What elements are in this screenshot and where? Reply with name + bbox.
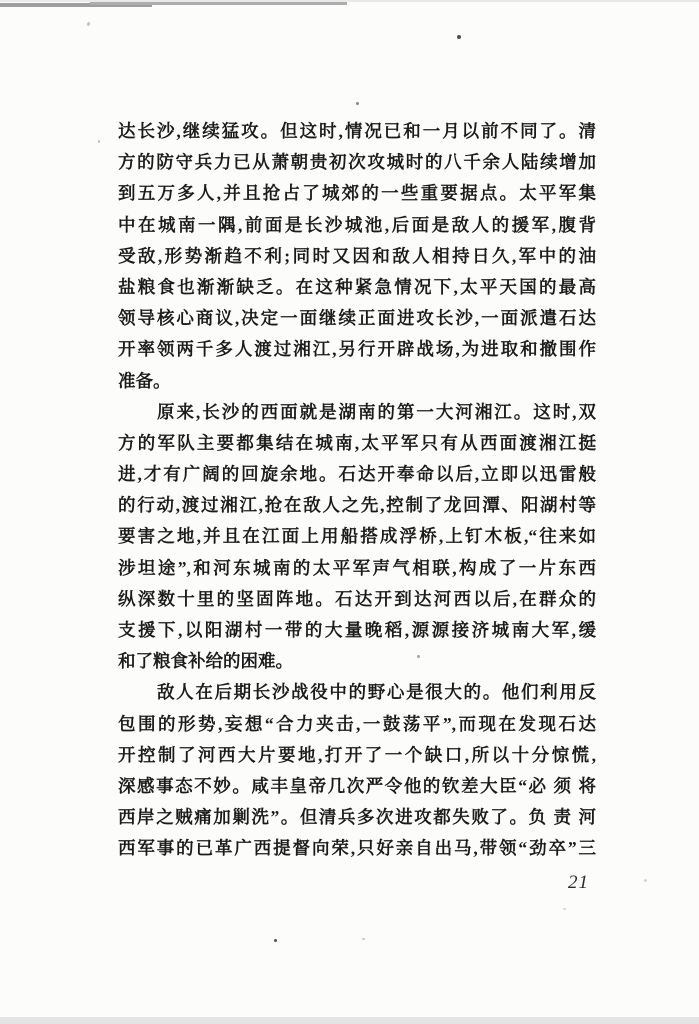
scan-speck bbox=[644, 879, 647, 882]
scan-speck bbox=[457, 35, 461, 39]
text-line: 进,才有广阔的回旋余地。石达开奉命以后,立即以迅雷般 bbox=[118, 459, 596, 490]
page-number: 21 bbox=[568, 872, 602, 894]
scan-speck bbox=[274, 939, 277, 942]
text-line: 西军事的已革广西提督向荣,只好亲自出马,带领“劲卒”三 bbox=[118, 833, 596, 864]
scan-speck bbox=[362, 938, 365, 940]
text-line: 受敌,形势渐趋不利;同时又因和敌人相持日久,军中的油 bbox=[118, 241, 596, 272]
text-line: 深感事态不妙。咸丰皇帝几次严令他的钦差大臣“必 须 将 bbox=[118, 771, 596, 802]
text-line: 盐粮食也渐渐缺乏。在这种紧急情况下,太平天国的最高 bbox=[118, 272, 596, 303]
text-line: 西岸之贼痛加剿洗”。但清兵多次进攻都失败了。负 责 河 bbox=[118, 802, 596, 833]
scan-edge-artifact bbox=[90, 2, 347, 5]
text-line: 到五万多人,并且抢占了城郊的一些重要据点。太平军集 bbox=[118, 178, 596, 209]
text-line: 领导核心商议,决定一面继续正面进攻长沙,一面派遣石达 bbox=[118, 303, 596, 334]
text-line-paragraph-end: 准备。 bbox=[118, 366, 596, 397]
text-line: 要害之地,并且在江面上用船搭成浮桥,上钉木板,“往来如 bbox=[118, 521, 596, 552]
scan-speck bbox=[356, 102, 359, 105]
scan-speck bbox=[563, 908, 566, 910]
page-text-block: 达长沙,继续猛攻。但这时,情况已和一月以前不同了。清 方的防守兵力已从萧朝贵初次… bbox=[118, 116, 596, 865]
text-line: 纵深数十里的坚固阵地。石达开到达河西以后,在群众的 bbox=[118, 584, 596, 615]
text-line-paragraph-end: 和了粮食补给的困难。 bbox=[118, 646, 596, 677]
text-line: 包围的形势,妄想“合力夹击,一鼓荡平”,而现在发现石达 bbox=[118, 709, 596, 740]
text-line: 支援下,以阳湖村一带的大量晚稻,源源接济城南大军,缓 bbox=[118, 615, 596, 646]
scan-edge-bottom bbox=[0, 1017, 699, 1024]
text-line: 开率领两千多人渡过湘江,另行开辟战场,为进取和撤围作 bbox=[118, 334, 596, 365]
text-line: 中在城南一隅,前面是长沙城池,后面是敌人的援军,腹背 bbox=[118, 210, 596, 241]
scan-speck bbox=[98, 140, 100, 143]
text-line: 的行动,渡过湘江,抢在敌人之先,控制了龙回潭、阳湖村等 bbox=[118, 490, 596, 521]
text-line: 方的军队主要都集结在城南,太平军只有从西面渡湘江挺 bbox=[118, 428, 596, 459]
text-line: 涉坦途”,和河东城南的太平军声气相联,构成了一片东西 bbox=[118, 553, 596, 584]
text-line: 方的防守兵力已从萧朝贵初次攻城时的八千余人陆续增加 bbox=[118, 147, 596, 178]
text-line-paragraph-start: 敌人在后期长沙战役中的野心是很大的。他们利用反 bbox=[118, 677, 596, 708]
text-line-paragraph-start: 原来,长沙的西面就是湖南的第一大河湘江。这时,双 bbox=[118, 397, 596, 428]
text-line: 达长沙,继续猛攻。但这时,情况已和一月以前不同了。清 bbox=[118, 116, 596, 147]
scanned-book-page: 达长沙,继续猛攻。但这时,情况已和一月以前不同了。清 方的防守兵力已从萧朝贵初次… bbox=[0, 0, 699, 1024]
scan-speck bbox=[86, 22, 90, 27]
text-line: 开控制了河西大片要地,打开了一个缺口,所以十分惊慌, bbox=[118, 740, 596, 771]
